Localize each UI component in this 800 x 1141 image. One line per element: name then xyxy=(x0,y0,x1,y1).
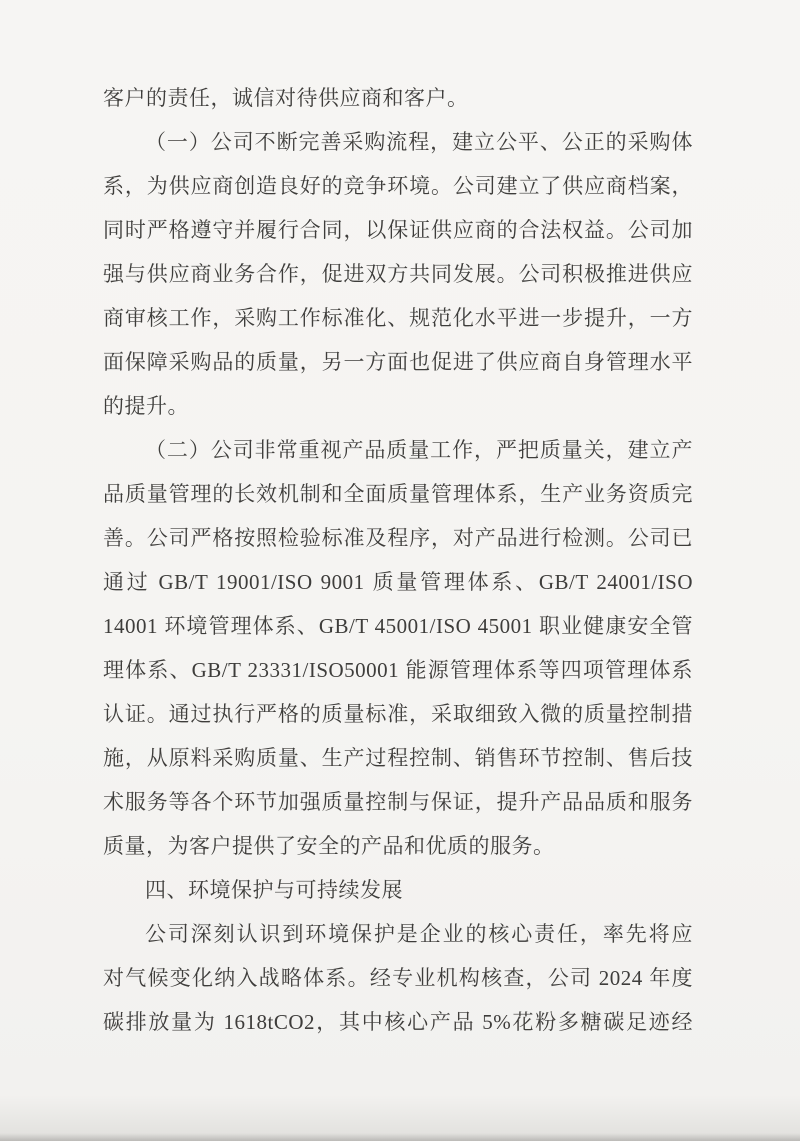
text-line: 同时严格遵守并履行合同，以保证供应商的合法权益。公司加 xyxy=(103,208,693,252)
text-line: 理体系、GB/T 23331/ISO50001 能源管理体系等四项管理体系 xyxy=(103,648,693,692)
text-line: 善。公司严格按照检验标准及程序，对产品进行检测。公司已 xyxy=(103,516,693,560)
text-line: 认证。通过执行严格的质量标准，采取细致入微的质量控制措 xyxy=(103,692,693,736)
text-line: 品质量管理的长效机制和全面质量管理体系，生产业务资质完 xyxy=(103,472,693,516)
document-page: 客户的责任，诚信对待供应商和客户。 （一）公司不断完善采购流程，建立公平、公正的… xyxy=(0,0,800,1141)
text-line: 质量，为客户提供了安全的产品和优质的服务。 xyxy=(103,824,693,868)
text-line: 面保障采购品的质量，另一方面也促进了供应商自身管理水平 xyxy=(103,340,693,384)
text-line: 14001 环境管理体系、GB/T 45001/ISO 45001 职业健康安全… xyxy=(103,604,693,648)
text-line: 强与供应商业务合作，促进双方共同发展。公司积极推进供应 xyxy=(103,252,693,296)
text-line: 商审核工作，采购工作标准化、规范化水平进一步提升，一方 xyxy=(103,296,693,340)
text-line: 客户的责任，诚信对待供应商和客户。 xyxy=(103,76,693,120)
text-line: 施，从原料采购质量、生产过程控制、销售环节控制、售后技 xyxy=(103,736,693,780)
document-text-block: 客户的责任，诚信对待供应商和客户。 （一）公司不断完善采购流程，建立公平、公正的… xyxy=(103,76,693,1044)
text-line: 术服务等各个环节加强质量控制与保证，提升产品品质和服务 xyxy=(103,780,693,824)
text-line: （二）公司非常重视产品质量工作，严把质量关，建立产 xyxy=(103,428,693,472)
text-line: 碳排放量为 1618tCO2，其中核心产品 5%花粉多糖碳足迹经 xyxy=(103,1000,693,1044)
text-line: 对气候变化纳入战略体系。经专业机构核查，公司 2024 年度 xyxy=(103,956,693,1000)
text-line: 系，为供应商创造良好的竞争环境。公司建立了供应商档案， xyxy=(103,164,693,208)
scan-edge-shadow xyxy=(0,1133,800,1141)
text-line: 公司深刻认识到环境保护是企业的核心责任，率先将应 xyxy=(103,912,693,956)
text-line: （一）公司不断完善采购流程，建立公平、公正的采购体 xyxy=(103,120,693,164)
text-line: 的提升。 xyxy=(103,384,693,428)
text-line: 通过 GB/T 19001/ISO 9001 质量管理体系、GB/T 24001… xyxy=(103,560,693,604)
section-heading: 四、环境保护与可持续发展 xyxy=(103,868,693,912)
